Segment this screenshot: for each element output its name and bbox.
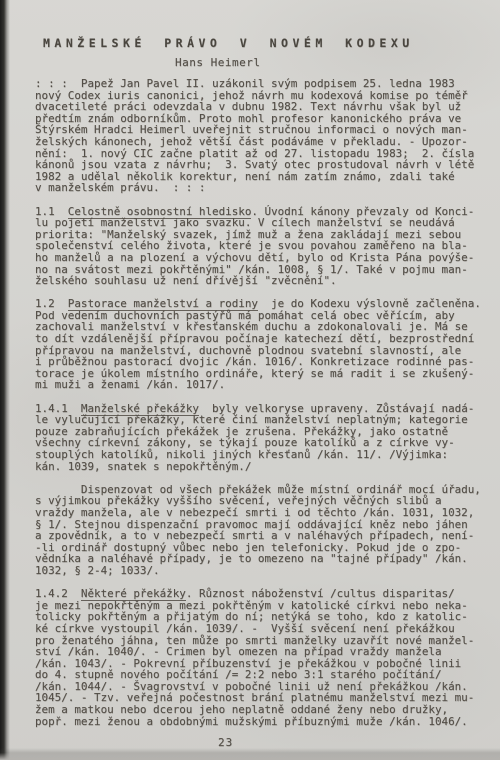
scan-page: MANŽELSKÉ PRÁVO V NOVÉM KODEXU Hans Heim… — [0, 0, 500, 749]
text-line: želských kánonech, jehož větší část podá… — [35, 136, 500, 148]
text-line: v manželském právu. : : : — [35, 182, 500, 194]
text-line: ké církve vystoupil /kán. 1039/. - Vyšší… — [35, 623, 500, 635]
text-line: žem a matkou nebo dcerou jeho neplatně o… — [35, 704, 500, 716]
text-line: 1032, § 2-4; 1033/. — [35, 565, 500, 577]
text-line: mi muži a ženami /kán. 1017/. — [35, 379, 500, 391]
paragraph: : : : Papež Jan Pavel II. uzákonil svým … — [35, 78, 500, 194]
text-line: : : : Papež Jan Pavel II. uzákonil svým … — [35, 78, 500, 90]
paragraph: Dispenzovat od všech překážek může místn… — [35, 484, 500, 577]
text-line: kán. 1039, snatek s nepokřtěným./ — [35, 461, 500, 473]
text-line: 1.4.2 Některé překážky. Různost nábožens… — [35, 588, 500, 600]
text-line: lu pojetí manželství jako svazku. V cíle… — [35, 217, 500, 229]
text-line: ství /kán. 1040/. - Crimen byl omezen na… — [35, 646, 500, 658]
page-title: MANŽELSKÉ PRÁVO V NOVÉM KODEXU — [0, 36, 500, 50]
paragraph: 1.1 Celostně osobnostní hledisko. Úvodní… — [35, 206, 500, 287]
text-line: želského souhlasu už není dřívější "zvěc… — [35, 275, 500, 287]
scan-edge-bottom — [0, 748, 500, 760]
paragraph: 1.4.2 Některé překážky. Různost nábožens… — [35, 588, 500, 727]
text-line: vraždy manžela, ale v nebezpečí smrti i … — [35, 507, 500, 519]
text-line: ho manželů a na plození a výchovu dětí, … — [35, 252, 500, 264]
text-line: popř. mezi ženou a obdobnými mužskými př… — [35, 716, 500, 728]
text-line: kánonů jsou vzata z návrhu; 3. Svatý ote… — [35, 159, 500, 171]
scan-edge-left — [0, 0, 10, 760]
paragraph: 1.2 Pastorace manželství a rodiny je do … — [35, 298, 500, 391]
text-line: to dít vzdálenější přípravou počínaje ka… — [35, 333, 500, 345]
paragraph: 1.4.1 Manželské překážky byly velkoryse … — [35, 403, 500, 473]
author-name: Hans Heimerl — [0, 56, 500, 69]
text-line: stouplých katolíků, nikoli jiných křesťa… — [35, 449, 500, 461]
text-line: a zpovědník, a to v nebezpečí smrti a v … — [35, 530, 500, 542]
text-body: : : : Papež Jan Pavel II. uzákonil svým … — [0, 78, 500, 727]
